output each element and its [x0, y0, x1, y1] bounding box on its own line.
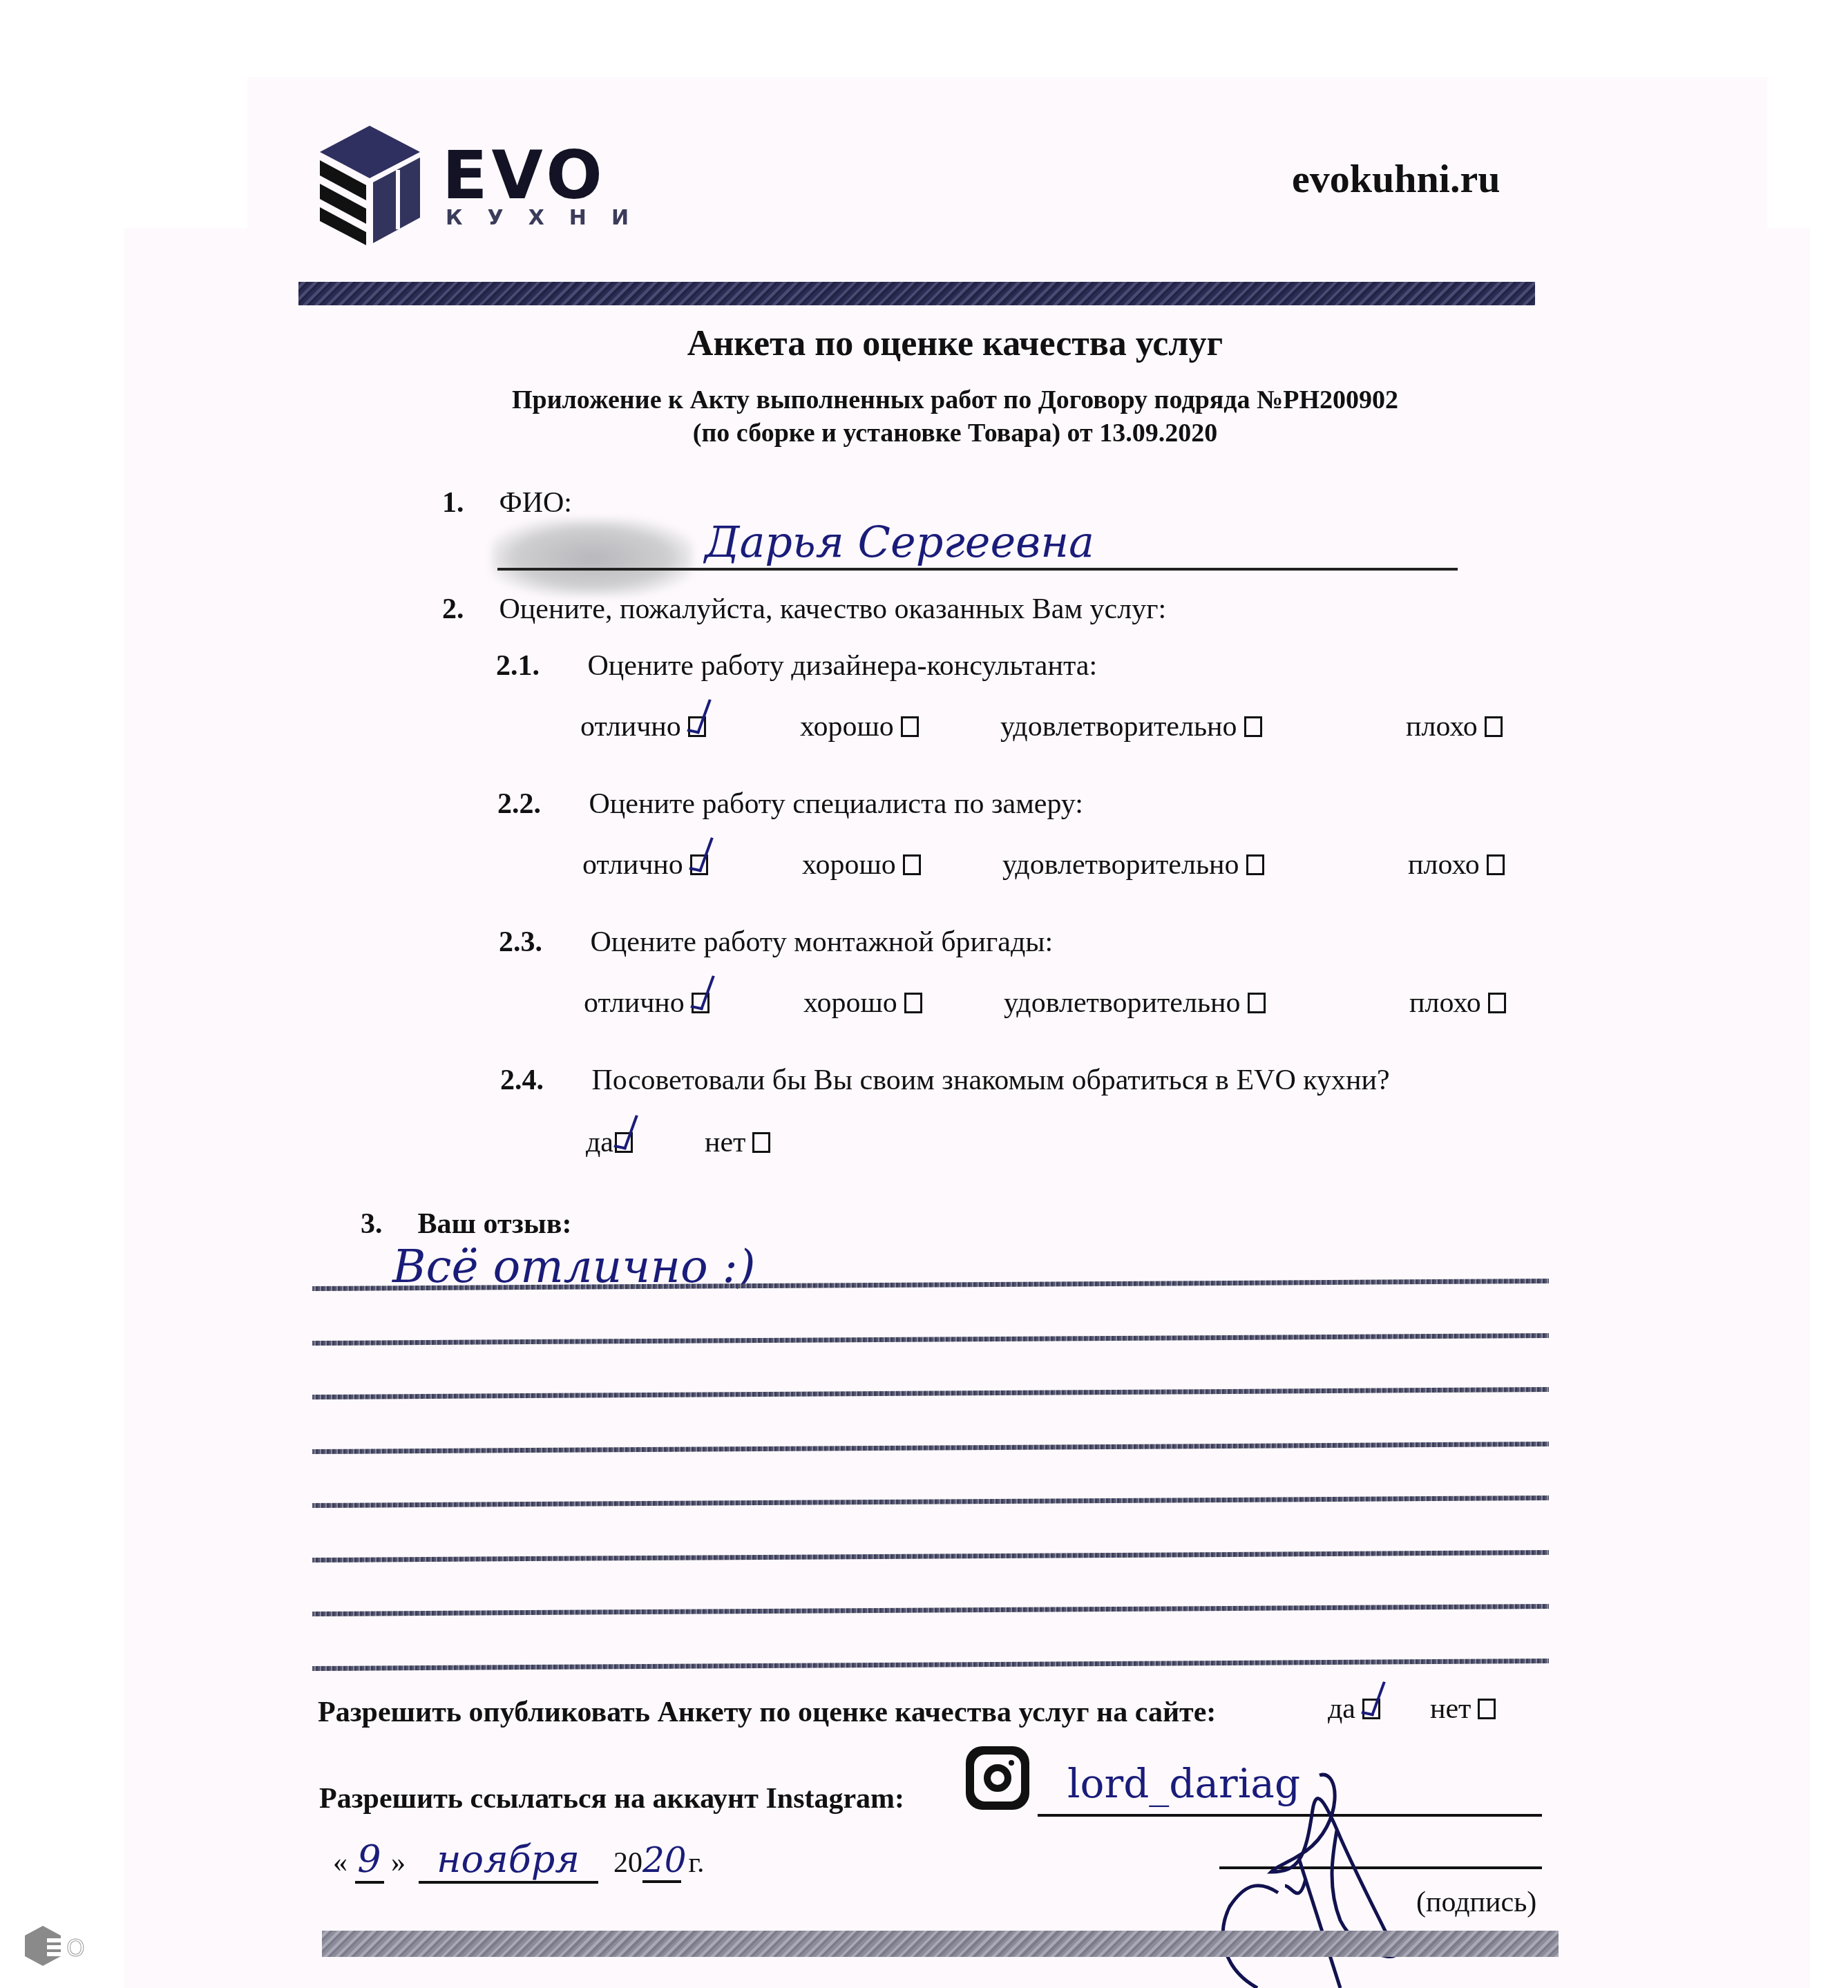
option-poor[interactable]: плохо — [1406, 710, 1503, 743]
question-number: 2.2. — [497, 787, 582, 821]
option-label: плохо — [1406, 711, 1478, 743]
option-satisfactory[interactable]: удовлетворительно — [1004, 986, 1266, 1020]
date-month[interactable]: ноября — [419, 1837, 598, 1884]
option-label: отлично — [584, 987, 685, 1019]
option-good[interactable]: хорошо — [803, 986, 922, 1020]
option-label: нет — [705, 1127, 745, 1158]
option-yes[interactable]: да — [586, 1126, 633, 1159]
checkbox[interactable] — [1248, 993, 1266, 1013]
option-label: хорошо — [802, 849, 896, 881]
subtitle-line-2: (по сборке и установке Товара) от 13.09.… — [62, 417, 1848, 450]
question-label: Посоветовали бы Вы своим знакомым обрати… — [592, 1064, 1390, 1096]
option-label: да — [1328, 1693, 1355, 1725]
close-quote: » — [391, 1847, 406, 1879]
option-label: удовлетворительно — [1004, 987, 1241, 1019]
year-unit: г. — [689, 1847, 705, 1879]
evo-watermark-icon: O — [21, 1920, 124, 1969]
option-poor[interactable]: плохо — [1409, 986, 1506, 1020]
option-satisfactory[interactable]: удовлетворительно — [1000, 710, 1262, 743]
publish-permission-label: Разрешить опубликовать Анкету по оценке … — [318, 1696, 1216, 1729]
fio-underline — [497, 568, 1458, 571]
checkbox[interactable] — [1478, 1699, 1496, 1719]
header-divider-bar — [298, 282, 1535, 305]
checkbox[interactable] — [903, 854, 921, 875]
page-title: Анкета по оценке качества услуг — [0, 323, 1848, 364]
question-number: 2.3. — [499, 926, 583, 959]
date-day[interactable]: 9 — [355, 1837, 384, 1884]
option-label: плохо — [1408, 849, 1480, 881]
option-label: отлично — [582, 849, 683, 881]
option-poor[interactable]: плохо — [1408, 848, 1505, 881]
checkbox[interactable] — [1485, 716, 1503, 737]
question-number: 2.1. — [496, 649, 580, 682]
question-number: 3. — [361, 1207, 410, 1241]
checkbox-checked[interactable] — [688, 716, 706, 737]
question-2-3: 2.3. Оцените работу монтажной бригады: — [499, 926, 1053, 959]
signature-caption: (подпись) — [1416, 1886, 1536, 1919]
question-label: ФИО: — [499, 487, 573, 519]
checkbox[interactable] — [1488, 993, 1506, 1013]
option-label: хорошо — [800, 711, 894, 743]
checkbox[interactable] — [904, 993, 922, 1013]
option-label: отлично — [580, 711, 681, 743]
checkbox[interactable] — [1487, 854, 1505, 875]
option-good[interactable]: хорошо — [802, 848, 921, 881]
checkbox-checked[interactable] — [690, 854, 708, 875]
question-number: 2.4. — [500, 1064, 584, 1097]
option-label: удовлетворительно — [1000, 711, 1237, 743]
option-label: удовлетворительно — [1002, 849, 1239, 881]
question-2-2: 2.2. Оцените работу специалиста по замер… — [497, 787, 1083, 821]
question-1: 1. ФИО: — [442, 486, 572, 519]
option-label: плохо — [1409, 987, 1481, 1019]
option-good[interactable]: хорошо — [800, 710, 919, 743]
question-3: 3. Ваш отзыв: — [361, 1207, 571, 1241]
option-excellent[interactable]: отлично — [584, 986, 709, 1020]
question-label: Оцените работу монтажной бригады: — [591, 926, 1054, 958]
question-label: Оцените, пожалуйста, качество оказанных … — [499, 593, 1167, 625]
option-label: да — [586, 1127, 613, 1158]
checkbox[interactable] — [752, 1132, 770, 1153]
question-2-1: 2.1. Оцените работу дизайнера-консультан… — [496, 649, 1097, 682]
year-prefix: 20 — [613, 1847, 642, 1879]
checkbox[interactable] — [1244, 716, 1262, 737]
instagram-icon — [966, 1746, 1029, 1810]
checkbox-checked[interactable] — [615, 1132, 633, 1153]
question-label: Ваш отзыв: — [418, 1208, 572, 1240]
logo-subtitle: КУХНИ — [446, 206, 654, 230]
option-label: хорошо — [803, 987, 897, 1019]
watermark-text: O — [66, 1935, 85, 1962]
evo-cube-logo-icon — [316, 124, 423, 245]
open-quote: « — [333, 1847, 347, 1879]
question-2: 2. Оцените, пожалуйста, качество оказанн… — [442, 593, 1166, 626]
option-no[interactable]: нет — [1430, 1692, 1496, 1726]
footer-divider-bar — [322, 1931, 1559, 1957]
checkbox[interactable] — [901, 716, 919, 737]
date-year-suffix[interactable]: 20 — [642, 1840, 681, 1883]
checkbox-checked[interactable] — [1362, 1699, 1380, 1719]
question-label: Оцените работу специалиста по замеру: — [589, 788, 1083, 820]
fio-field[interactable]: Дарья Сергеевна — [705, 517, 1094, 567]
checkbox[interactable] — [1246, 854, 1264, 875]
question-number: 2. — [442, 593, 492, 626]
redacted-surname — [492, 519, 692, 595]
option-excellent[interactable]: отлично — [580, 710, 706, 743]
website-link[interactable]: evokuhni.ru — [1292, 155, 1500, 202]
question-2-4: 2.4. Посоветовали бы Вы своим знакомым о… — [500, 1064, 1390, 1097]
instagram-permission-label: Разрешить ссылаться на аккаунт Instagram… — [319, 1782, 904, 1815]
option-label: нет — [1430, 1693, 1471, 1725]
option-excellent[interactable]: отлично — [582, 848, 708, 881]
date-field: « 9 » ноября 2020 г. — [333, 1837, 705, 1884]
option-no[interactable]: нет — [705, 1126, 770, 1159]
question-label: Оцените работу дизайнера-консультанта: — [588, 650, 1098, 682]
option-yes[interactable]: да — [1328, 1692, 1380, 1726]
logo-wordmark: EVO — [442, 142, 607, 209]
question-number: 1. — [442, 486, 492, 519]
checkbox-checked[interactable] — [692, 993, 709, 1013]
option-satisfactory[interactable]: удовлетворительно — [1002, 848, 1264, 881]
page-subtitle: Приложение к Акту выполненных работ по Д… — [0, 383, 1848, 450]
subtitle-line-1: Приложение к Акту выполненных работ по Д… — [62, 383, 1848, 417]
